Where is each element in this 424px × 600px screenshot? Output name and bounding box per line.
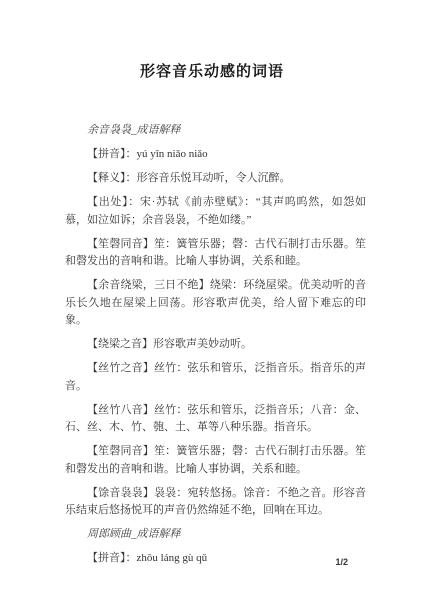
document-title: 形容音乐动感的词语 (0, 60, 424, 81)
section-zhoulang-guqu: 周郎顾曲_成语解释 【拼音】：zhōu láng gù qǔ (65, 526, 366, 568)
paragraph-pinyin: 【拼音】：zhōu láng gù qǔ (65, 550, 366, 568)
paragraph-pinyin: 【拼音】：yú yīn niǎo niǎo (65, 146, 366, 164)
paragraph-idiom: 【笙磬同音】笙：簧管乐器；磬：古代石制打击乐器。笙和磬发出的音响和谐。比喻人事协… (65, 443, 366, 478)
page-number: 1/2 (335, 557, 348, 567)
document-content: 余音袅袅_成语解释 【拼音】：yú yīn niǎo niǎo 【释义】：形容音… (0, 122, 424, 568)
paragraph-idiom: 【丝竹八音】丝竹：弦乐和管乐，泛指音乐；八音：金、石、丝、木、竹、匏、土、革等八… (65, 402, 366, 437)
section-yuyin-niaoniao: 余音袅袅_成语解释 【拼音】：yú yīn niǎo niǎo 【释义】：形容音… (65, 122, 366, 520)
paragraph-idiom: 【绕梁之音】形容歌声美妙动听。 (65, 336, 366, 354)
paragraph-idiom: 【笙磬同音】笙：簧管乐器；磬：古代石制打击乐器。笙和磬发出的音响和谐。比喻人事协… (65, 236, 366, 271)
paragraph-idiom: 【馀音袅袅】袅袅：宛转悠扬。馀音：不绝之音。形容音乐结束后悠扬悦耳的声音仍然绵延… (65, 485, 366, 520)
paragraph-shiyi: 【释义】：形容音乐悦耳动听，令人沉醉。 (65, 170, 366, 188)
paragraph-idiom: 【余音绕梁，三日不绝】绕梁：环绕屋梁。优美动听的音乐长久地在屋梁上回荡。形容歌声… (65, 277, 366, 330)
section-heading: 余音袅袅_成语解释 (65, 122, 366, 140)
paragraph-chuchu: 【出处】：宋·苏轼《前赤壁赋》：“其声呜呜然，如怨如慕，如泣如诉；余音袅袅，不绝… (65, 194, 366, 229)
document-page: 形容音乐动感的词语 余音袅袅_成语解释 【拼音】：yú yīn niǎo niǎ… (0, 0, 424, 600)
section-heading: 周郎顾曲_成语解释 (65, 526, 366, 544)
paragraph-idiom: 【丝竹之音】丝竹：弦乐和管乐，泛指音乐。指音乐的声音。 (65, 360, 366, 395)
